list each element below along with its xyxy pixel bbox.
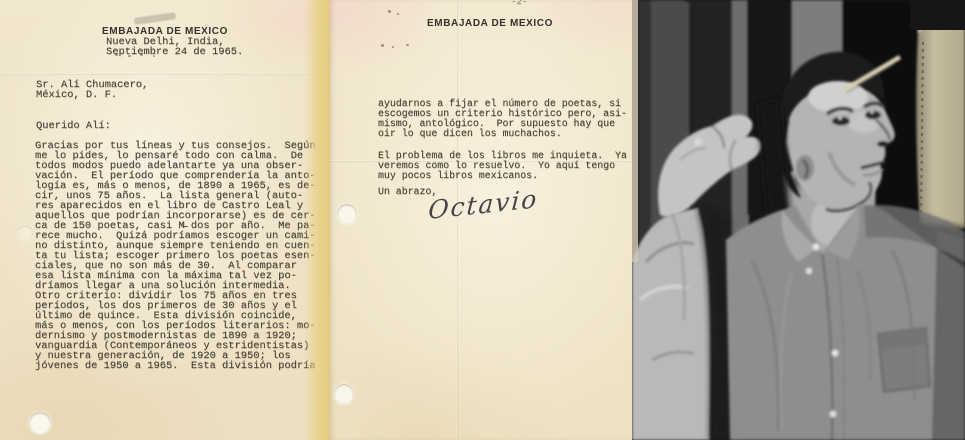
recipient-address: Sr. Alí Chumacero,México, D. F.	[36, 80, 148, 100]
punch-hole	[337, 204, 357, 224]
letter-scan: EMBAJADA DE MEXICO Nueva Delhi, India, S…	[0, 0, 965, 440]
text-line: muy pocos libros mexicanos.	[378, 171, 627, 181]
ink-speck	[392, 46, 394, 48]
shirt	[726, 204, 965, 440]
leather-book	[916, 19, 965, 231]
punch-hole	[29, 412, 51, 434]
shirt-sleeve	[632, 208, 711, 440]
portrait-photo-svg	[632, 0, 965, 440]
paper-crease	[0, 73, 330, 75]
shirt-button	[806, 268, 812, 274]
signature: Octavio	[427, 184, 539, 225]
page-number: -2-	[511, 0, 527, 7]
letter-paragraph: El problema de los libros me inquieta. Y…	[378, 151, 627, 181]
ink-speck	[406, 44, 409, 46]
pencil-smudge	[134, 12, 177, 25]
portrait-photo	[632, 0, 965, 440]
page-edge	[304, 0, 330, 440]
photo-edge	[632, 0, 638, 262]
ink-speck	[397, 13, 399, 15]
date-line: Septiembre 24 de 1965.	[106, 47, 243, 57]
letter-body: Gracias por tus líneas y tus consejos. S…	[35, 141, 316, 371]
letter-page-2: -2- EMBAJADA DE MEXICO ayudarnos a fijar…	[330, 0, 632, 440]
ink-speck	[381, 44, 384, 47]
shirt-button	[830, 411, 837, 418]
shirt-button	[813, 244, 820, 251]
letterhead: EMBAJADA DE MEXICO	[427, 18, 553, 29]
text-line: México, D. F.	[36, 90, 148, 100]
text-line: oir lo que dicen los muchachos.	[378, 129, 627, 139]
punch-hole	[17, 225, 33, 241]
letter-paragraph: ayudarnos a fijar el número de poetas, s…	[378, 99, 627, 139]
text-line: jóvenes de 1950 a 1965. Esta división po…	[35, 361, 316, 371]
salutation: Querido Alí:	[36, 120, 111, 132]
punch-hole	[334, 384, 354, 404]
shirt-button	[832, 350, 839, 357]
letter-page-1: EMBAJADA DE MEXICO Nueva Delhi, India, S…	[0, 0, 330, 440]
ink-speck	[388, 10, 391, 13]
